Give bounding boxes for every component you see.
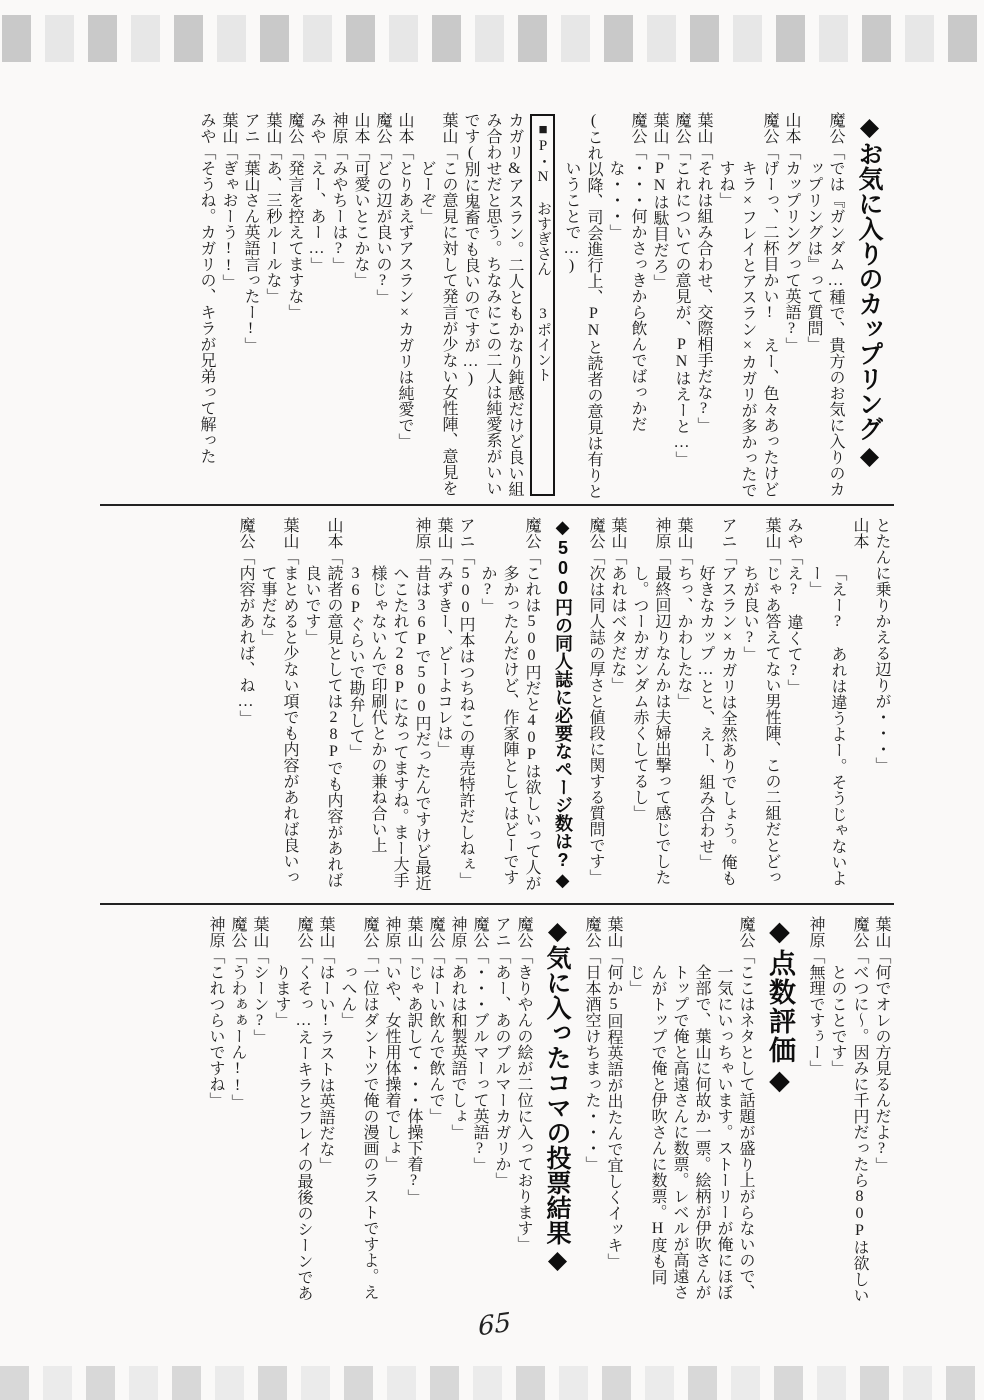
film-strip-block: [561, 15, 590, 62]
film-strip-block: [131, 15, 160, 62]
speech-text: 「これについての意見が、PNはえーと…」: [673, 144, 690, 467]
speaker-name: 魔公: [737, 916, 754, 948]
speech-text: 「・・・ブルマーって英語?」: [471, 948, 488, 1173]
speech-text: 「はーい!ラストは英語だな」: [317, 948, 334, 1173]
dialogue-line: アニ「500円本はつちねこの専売特許だしねぇ」: [454, 517, 476, 900]
dialogue-line: 魔公「ここはネタとして話題が盛り上がらないので、一気にいっちゃいます。ストーリー…: [624, 916, 756, 1308]
film-strip-block: [344, 1366, 373, 1400]
dialogue-line: 葉山「それは組み合わせ、交際相手だな?」: [692, 112, 714, 502]
section-heading: ◆500円の同人誌に必要なページ数は?◆: [550, 517, 576, 900]
speech-text: 「げーっ、二杯目かい! えー、色々あったけどキラ×フレイとアスラン×カガリが多か…: [717, 144, 778, 498]
dialogue-line: 神原「無理ですぅー」: [804, 916, 826, 1308]
dialogue-line: 葉山「ぎゃおーう!!」: [217, 112, 239, 502]
film-strip-block: [129, 1366, 158, 1400]
dialogue-line: 魔公「・・・何かさっきから飲んでばっかだな・・・」: [604, 112, 648, 502]
speaker-name: 葉山: [651, 112, 668, 144]
speech-text: 「あ、三秒ルールな」: [264, 144, 281, 304]
speech-text: 「ここはネタとして話題が盛り上がらないので、一気にいっちゃいます。ストーリーが俺…: [627, 948, 754, 1300]
speech-text: 「これつらいですね」: [207, 948, 224, 1108]
section-divider-1: [100, 504, 894, 506]
dialogue-line: 神原「いや、女性用体操着でしょ」: [380, 916, 402, 1308]
moderator-note: (これ以降、司会進行上、PNと読者の意見は有りということで…): [560, 112, 604, 502]
film-strip-block: [647, 15, 676, 62]
speech-text: 「PNは駄目だろ」: [651, 144, 668, 290]
speech-text: 「500円本はつちねこの専売特許だしねぇ」: [457, 549, 474, 888]
film-strip-block: [389, 15, 418, 62]
film-strip-block: [688, 1366, 717, 1400]
film-strip-block: [862, 15, 891, 62]
speech-text: 「一位はダントツで俺の漫画のラストですよ。えっへん」: [339, 948, 378, 1300]
dialogue-line: 葉山「何か5回程英語が出たんで宜しくイッキ」: [602, 916, 624, 1308]
reader-comment: カガリ&アスラン。二人ともかなり鈍感だけど良い組み合わせだと思う。ちなみにこの二…: [459, 112, 525, 502]
speaker-name: アニ: [493, 916, 510, 948]
speaker-name: 魔公: [629, 112, 646, 144]
continuation-text: とたんに乗りかえる辺りが・・・」: [870, 517, 892, 900]
speech-text: 「カップリングって英語?」: [783, 144, 800, 353]
speech-text: 「じゃあ訳して・・・体操下着?」: [405, 948, 422, 1205]
dialogue-line: 魔公「次は同人誌の厚さと値段に関する質問です」: [584, 517, 606, 900]
speech-text: 「えー? あれは違うよー。そうじゃないよー」: [807, 565, 846, 886]
section-favorite-coupling: ◆お気に入りのカップリング◆魔公「では『ガンダム…種で、貴方のお気に入りのカップ…: [100, 112, 892, 502]
dialogue-line: 神原「昔は36Pで500円だったんですけど最近へこたれて28Pになってますね。ま…: [344, 517, 432, 900]
film-strip-block: [905, 15, 934, 62]
film-strip-block: [43, 1366, 72, 1400]
dialogue-line: 葉山「じゃあ訳して・・・体操下着?」: [402, 916, 424, 1308]
dialogue-line: 葉山「ちっ、かわしたな」: [672, 517, 694, 900]
dialogue-line: 魔公「うわぁぁーん!!」: [226, 916, 248, 1308]
dialogue-line: 魔公「一位はダントツで俺の漫画のラストですよ。えっへん」: [336, 916, 380, 1308]
speaker-name: 葉山: [609, 517, 626, 549]
film-strip-block: [88, 15, 117, 62]
speaker-name: 葉山: [435, 517, 452, 549]
speaker-name: 魔公: [673, 112, 690, 144]
film-strip-block: [733, 15, 762, 62]
film-strip-block: [387, 1366, 416, 1400]
speaker-name: みや: [308, 112, 325, 144]
speech-text: 「あー、あのブルマーカガリか」: [493, 948, 510, 1188]
film-strip-block: [948, 15, 977, 62]
speaker-name: 魔公: [374, 112, 391, 144]
film-strip-block: [45, 15, 74, 62]
dialogue-line: 魔公「発言を控えてますな」: [283, 112, 305, 502]
speaker-name: 神原: [653, 517, 670, 549]
speaker-name: 神原: [330, 112, 347, 144]
speech-text: 「どの辺が良いの?」: [374, 144, 391, 305]
speech-text: 「シーン?」: [251, 948, 268, 1045]
dialogue-line: 葉山「まとめると少ない項でも内容があれば良いって事だな」: [256, 517, 300, 900]
film-strip-block: [174, 15, 203, 62]
dialogue-line: アニ「葉山さん英語言ったー!」: [239, 112, 261, 502]
dialogue-line: 魔公「内容があれば、ね…」: [234, 517, 256, 900]
dialogue-line: 魔公「はーい飲んで飲んで」: [424, 916, 446, 1308]
film-strip-bottom: [0, 1366, 984, 1400]
speaker-name: 葉山: [405, 916, 422, 948]
speech-text: 「あれはベタだな」: [609, 549, 626, 693]
dialogue-line: 葉山「みずきー、どーよコレは」: [432, 517, 454, 900]
dialogue-line: 魔公「どの辺が良いの?」: [371, 112, 393, 502]
speaker-name: 魔公: [295, 916, 312, 948]
film-strip-block: [215, 1366, 244, 1400]
speaker-name: 葉山: [251, 916, 268, 948]
speaker-name: 魔公: [361, 916, 378, 948]
dialogue-line: みや「えー、あー…」: [305, 112, 327, 502]
dialogue-line: 魔公「きりやんの絵が二位に入っております」: [512, 916, 534, 1308]
film-strip-block: [860, 1366, 889, 1400]
speaker-name: 山本: [783, 112, 800, 144]
film-strip-block: [602, 1366, 631, 1400]
speech-text: 「え? 違くて?」: [785, 549, 802, 695]
speaker-name: みや: [198, 112, 215, 144]
dialogue-line: 山本「読者の意見としては28Pでも内容があれば良いです」: [300, 517, 344, 900]
speech-text: 「最終回辺りなんかは夫婦出撃って感じでしたし。つーかガンダム赤くしてるし」: [631, 549, 670, 885]
section-score-and-votes: 葉山「何でオレの方見るんだよ?」魔公「べつに〜。因みに千円だったら80Pは欲しい…: [100, 916, 892, 1308]
speaker-name: 葉山: [440, 112, 457, 144]
speaker-name: 山本: [325, 517, 342, 549]
film-strip-block: [731, 1366, 760, 1400]
film-strip-block: [217, 15, 246, 62]
speaker-name: 神原: [383, 916, 400, 948]
speech-text: 「発言を控えてますな」: [286, 144, 303, 320]
speech-text: 「ぎゃおーう!!」: [220, 144, 237, 290]
speech-text: 「くそっ…えーキラとフレイの最後のシーンであります」: [273, 948, 312, 1301]
speaker-name: 魔公: [761, 112, 778, 144]
dialogue-line: 神原「みやちーは?」: [327, 112, 349, 502]
speaker-name: 葉山: [695, 112, 712, 144]
film-strip-block: [258, 1366, 287, 1400]
speaker-name: 魔公: [471, 916, 488, 948]
speech-text: 「アスラン×カガリは全然ありでしょう。俺も好きなカップ…とと、えー、組み合わせ」: [697, 549, 736, 886]
speech-text: 「まとめると少ない項でも内容があれば良いって事だな」: [259, 549, 298, 885]
dialogue-line: 魔公「これは500円だと40Pは欲しいって人が多かったんだけど、作家陣としてはど…: [476, 517, 542, 900]
dialogue-line: 山本「とりあえずアスラン×カガリは純愛で」: [393, 112, 415, 502]
dialogue-line: 神原「最終回辺りなんかは夫婦出撃って感じでしたし。つーかガンダム赤くしてるし」: [628, 517, 672, 900]
speech-text: 「きりやんの絵が二位に入っております」: [515, 948, 532, 1252]
speech-text: 「とりあえずアスラン×カガリは純愛で」: [396, 144, 413, 449]
speaker-name: 魔公: [523, 517, 540, 549]
film-strip-block: [475, 15, 504, 62]
dialogue-line: 山本「カップリングって英語?」: [780, 112, 802, 502]
speech-text: 「ちっ、かわしたな」: [675, 549, 692, 709]
film-strip-block: [0, 1366, 29, 1400]
film-strip-block: [86, 1366, 115, 1400]
speaker-name: 神原: [807, 916, 824, 948]
film-strip-block: [516, 1366, 545, 1400]
speaker-name: 葉山: [605, 916, 622, 948]
speaker-name: 葉山: [264, 112, 281, 144]
speaker-name: 葉山: [281, 517, 298, 549]
dialogue-line: 葉山「この意見に対して発言が少ない女性陣、意見をどーぞ」: [415, 112, 459, 502]
speaker-name: 魔公: [583, 916, 600, 948]
film-strip-block: [559, 1366, 588, 1400]
film-strip-block: [645, 1366, 674, 1400]
dialogue-line: 魔公「これについての意見が、PNはえーと…」: [670, 112, 692, 502]
speech-text: 「何か5回程英語が出たんで宜しくイッキ」: [605, 948, 622, 1269]
speech-text: 「何でオレの方見るんだよ?」: [873, 948, 890, 1173]
dialogue-line: 葉山「シーン?」: [248, 916, 270, 1308]
speech-text: 「みずきー、どーよコレは」: [435, 549, 452, 757]
speaker-name: 魔公: [229, 916, 246, 948]
speech-text: 「この意見に対して発言が少ない女性陣、意見をどーぞ」: [418, 144, 457, 496]
speaker-name: 山本: [851, 517, 868, 549]
film-strip-block: [346, 15, 375, 62]
speech-text: 「あれは和製英語でしょ」: [449, 948, 466, 1140]
speaker-name: 神原: [207, 916, 224, 948]
speaker-name: アニ: [719, 517, 736, 549]
film-strip-block: [819, 15, 848, 62]
speaker-name: 魔公: [427, 916, 444, 948]
speech-text: 「みやちーは?」: [330, 144, 347, 273]
speaker-name: 葉山: [675, 517, 692, 549]
pen-name-points-box: ■P・N おすぎさん 3ポイント: [530, 114, 555, 496]
speech-text: 「日本酒空けちまった・・・」: [583, 948, 600, 1172]
film-strip-block: [301, 1366, 330, 1400]
speech-text: 「そうね。カガリの、キラが兄弟って解った: [198, 144, 215, 464]
dialogue-line: 葉山「何でオレの方見るんだよ?」: [870, 916, 892, 1308]
speaker-name: 魔公: [286, 112, 303, 144]
speaker-name: 葉山: [763, 517, 780, 549]
speaker-name: アニ: [242, 112, 259, 144]
speaker-name: 神原: [449, 916, 466, 948]
speech-text: 「これは500円だと40Pは欲しいって人が多かったんだけど、作家陣としてはどーで…: [479, 549, 540, 891]
speech-text: 「いや、女性用体操着でしょ」: [383, 948, 400, 1172]
dialogue-line: みや「そうね。カガリの、キラが兄弟って解った: [195, 112, 217, 502]
film-strip-block: [260, 15, 289, 62]
speech-text: 「内容があれば、ね…」: [237, 549, 254, 726]
speaker-name: 魔公: [237, 517, 254, 549]
dialogue-line: 魔公「では『ガンダム…種で、貴方のお気に入りのカップリングは』って質問」: [802, 112, 846, 502]
dialogue-line: 魔公「げーっ、二杯目かい! えー、色々あったけどキラ×フレイとアスラン×カガリが…: [714, 112, 780, 502]
film-strip-block: [903, 1366, 932, 1400]
dialogue-line: 魔公「くそっ…えーキラとフレイの最後のシーンであります」: [270, 916, 314, 1308]
speaker-name: 山本: [396, 112, 413, 144]
speech-text: 「可愛いとこかな」: [352, 144, 369, 288]
section-heading: ◆お気に入りのカップリング◆: [854, 112, 884, 502]
speaker-name: 魔公: [851, 916, 868, 948]
section-divider-2: [100, 903, 894, 905]
dialogue-line: 山本「えー? あれは違うよー。そうじゃないよー」: [804, 517, 870, 900]
speaker-name: 葉山: [873, 916, 890, 948]
speaker-name: 葉山: [220, 112, 237, 144]
speech-text: 「読者の意見としては28Pでも内容があれば良いです」: [303, 549, 342, 888]
speech-text: 「昔は36Pで500円だったんですけど最近へこたれて28Pになってますね。まー大…: [347, 549, 430, 891]
speech-text: 「うわぁぁーん!!」: [229, 948, 246, 1110]
section-heading: ◆点数評価◆: [764, 916, 796, 1308]
speaker-name: 神原: [413, 517, 430, 549]
dialogue-line: アニ「アスラン×カガリは全然ありでしょう。俺も好きなカップ…とと、えー、組み合わ…: [694, 517, 738, 900]
speech-text: 「葉山さん英語言ったー!」: [242, 144, 259, 353]
speech-text: 「無理ですぅー」: [807, 948, 824, 1076]
dialogue-line: 葉山「じゃあ答えてない男性陣、この二組だとどっちが良い?」: [738, 517, 782, 900]
dialogue-line: 魔公「べつに〜。因みに千円だったら80Pは欲しいとのことです」: [826, 916, 870, 1308]
film-strip-block: [518, 15, 547, 62]
speech-text: 「それは組み合わせ、交際相手だな?」: [695, 144, 712, 433]
film-strip-block: [2, 15, 31, 62]
speech-text: 「べつに〜。因みに千円だったら80Pは欲しいとのことです」: [829, 948, 868, 1303]
speech-text: 「・・・何かさっきから飲んでばっかだな・・・」: [607, 144, 646, 432]
speaker-name: 魔公: [515, 916, 532, 948]
speaker-name: 山本: [352, 112, 369, 144]
dialogue-line: 魔公「・・・ブルマーって英語?」: [468, 916, 490, 1308]
speaker-name: 魔公: [587, 517, 604, 549]
speaker-name: みや: [785, 517, 802, 549]
film-strip-top: [0, 15, 984, 62]
dialogue-line: 葉山「PNは駄目だろ」: [648, 112, 670, 502]
film-strip-block: [690, 15, 719, 62]
speech-text: 「はーい飲んで飲んで」: [427, 948, 444, 1124]
page-number: 65: [478, 1308, 512, 1343]
dialogue-line: みや「え? 違くて?」: [782, 517, 804, 900]
film-strip-block: [432, 15, 461, 62]
speech-text: 「では『ガンダム…種で、貴方のお気に入りのカップリングは』って質問」: [805, 144, 844, 497]
section-heading: ◆気に入ったコマの投票結果◆: [542, 916, 572, 1308]
film-strip-block: [172, 1366, 201, 1400]
dialogue-line: 魔公「日本酒空けちまった・・・」: [580, 916, 602, 1308]
speech-text: 「えー、あー…」: [308, 144, 325, 273]
film-strip-block: [817, 1366, 846, 1400]
dialogue-line: 神原「あれは和製英語でしょ」: [446, 916, 468, 1308]
film-strip-block: [776, 15, 805, 62]
dialogue-line: アニ「あー、あのブルマーカガリか」: [490, 916, 512, 1308]
dialogue-line: 葉山「はーい!ラストは英語だな」: [314, 916, 336, 1308]
film-strip-block: [946, 1366, 975, 1400]
dialogue-line: 山本「可愛いとこかな」: [349, 112, 371, 502]
speaker-name: 葉山: [317, 916, 334, 948]
film-strip-block: [604, 15, 633, 62]
film-strip-block: [774, 1366, 803, 1400]
film-strip-block: [430, 1366, 459, 1400]
film-strip-block: [473, 1366, 502, 1400]
speech-text: 「次は同人誌の厚さと値段に関する質問です」: [587, 549, 604, 885]
section-page-count: とたんに乗りかえる辺りが・・・」山本「えー? あれは違うよー。そうじゃないよー」…: [100, 517, 892, 900]
film-strip-block: [303, 15, 332, 62]
dialogue-line: 葉山「あ、三秒ルールな」: [261, 112, 283, 502]
speech-text: 「じゃあ答えてない男性陣、この二組だとどっちが良い?」: [741, 549, 780, 885]
speaker-name: アニ: [457, 517, 474, 549]
speaker-name: 魔公: [827, 112, 844, 144]
dialogue-line: 神原「これつらいですね」: [204, 916, 226, 1308]
dialogue-line: 葉山「あれはベタだな」: [606, 517, 628, 900]
